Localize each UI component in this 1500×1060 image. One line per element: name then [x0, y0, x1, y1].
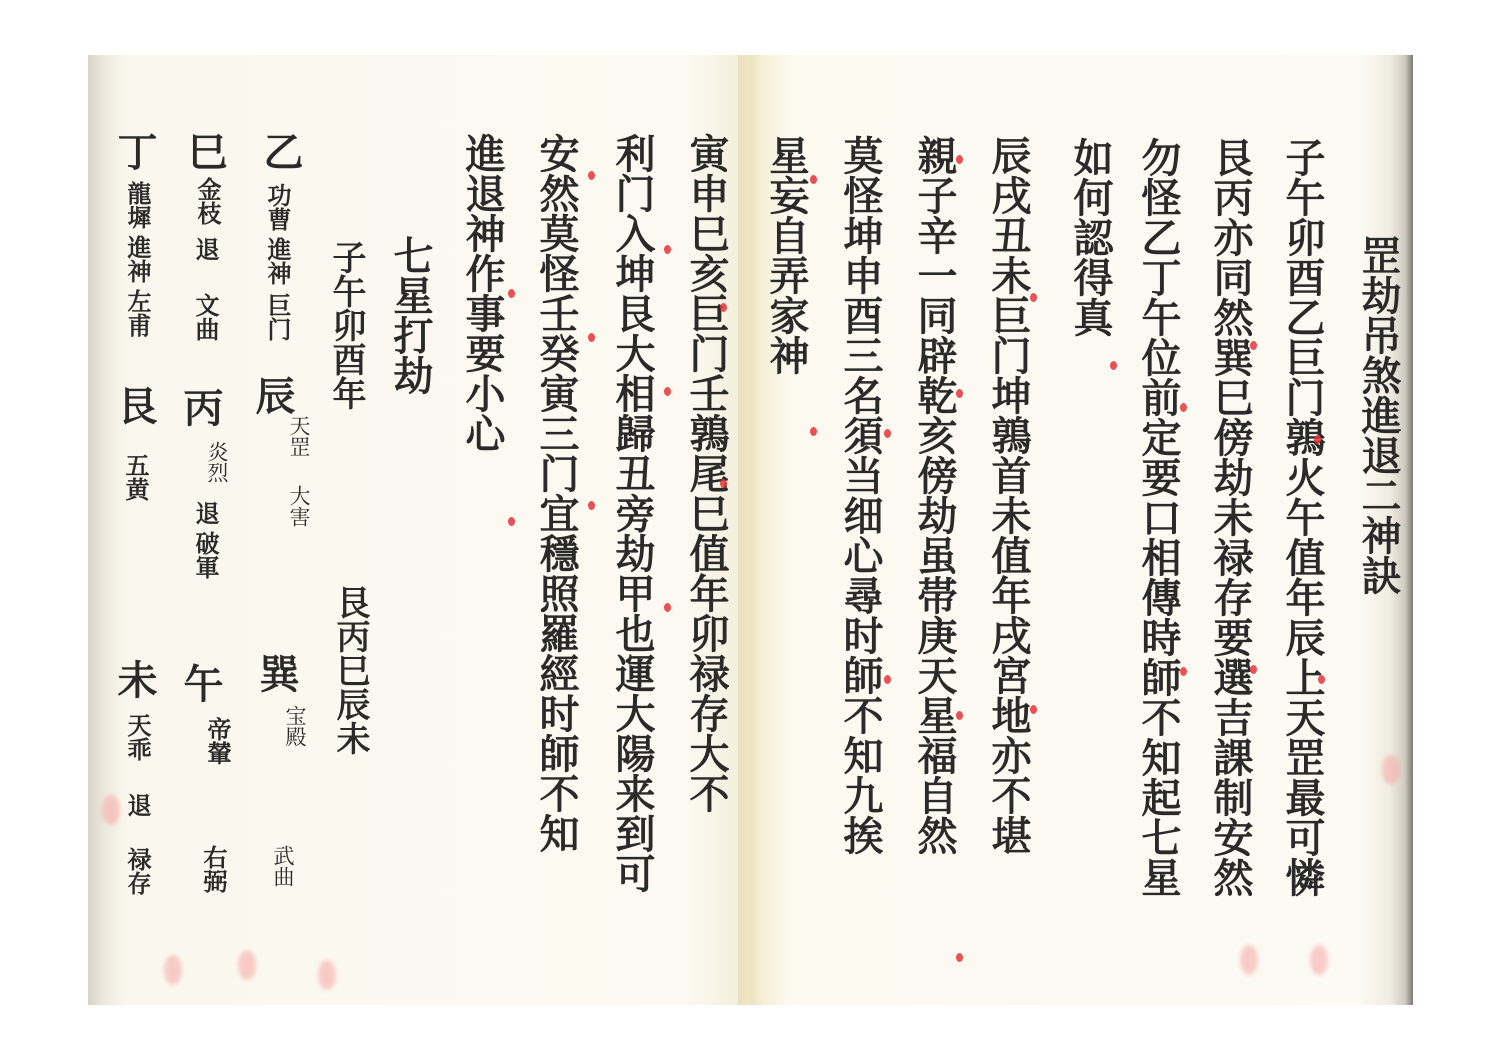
text-column-right-3: 勿怪乙丁午位前定要口相傳時師不知起七星	[1136, 137, 1180, 897]
text-column-right-7: 莫怪坤申酉三名須当细心尋时師不知九挨	[838, 135, 882, 855]
table-main-wu: 午	[178, 663, 222, 703]
table-main-yi: 乙	[258, 131, 302, 171]
right-page: 罡劫吊煞進退二神訣 子午卯酉乙巨门鶉火午值年辰上天罡最可憐 艮丙亦同然巽巳傍劫未…	[750, 55, 1413, 1005]
table-main-chen: 辰	[250, 375, 294, 415]
years-line-1: 子午卯酉年	[326, 240, 366, 410]
red-punctuation-dot	[1314, 435, 1321, 444]
red-punctuation-dot	[956, 711, 963, 720]
red-punctuation-dot	[1030, 293, 1037, 302]
red-smudge	[1382, 755, 1400, 785]
table-note: 退	[192, 237, 218, 261]
red-smudge	[1240, 945, 1258, 975]
red-punctuation-dot	[1250, 665, 1257, 674]
red-punctuation-dot	[1110, 361, 1117, 370]
red-smudge	[238, 950, 256, 980]
years-line-2: 艮丙巳辰未	[330, 585, 370, 755]
section-title: 七星打劫	[388, 235, 432, 395]
red-punctuation-dot	[1250, 341, 1257, 350]
open-manuscript-book: 寅申巳亥巨门壬鶉尾巳值年卯禄存大不 利门入坤艮大相歸丑旁劫甲也運大陽来到可 安然…	[88, 55, 1413, 1005]
table-note: 退	[192, 501, 218, 525]
table-note: 炎烈	[206, 441, 228, 483]
table-main-ding: 丁	[112, 131, 156, 171]
red-punctuation-dot	[664, 603, 671, 612]
table-note: 進神	[264, 237, 290, 285]
table-note: 五黄	[122, 453, 148, 501]
red-punctuation-dot	[884, 675, 891, 684]
text-column-right-6: 親子辛一同辟乾亥傍劫虽帯庚天星福自然	[912, 135, 956, 855]
red-punctuation-dot	[1180, 403, 1187, 412]
table-main-wei: 未	[112, 659, 156, 699]
red-punctuation-dot	[1180, 667, 1187, 676]
table-note: 文曲	[192, 293, 218, 341]
left-page: 寅申巳亥巨门壬鶉尾巳值年卯禄存大不 利门入坤艮大相歸丑旁劫甲也運大陽来到可 安然…	[88, 55, 750, 1005]
text-column-left-2: 利门入坤艮大相歸丑旁劫甲也運大陽来到可	[610, 133, 654, 893]
table-note: 天罡	[288, 415, 310, 457]
red-punctuation-dot	[664, 387, 671, 396]
table-note: 天乖	[124, 713, 150, 761]
table-main-bing: 丙	[178, 387, 222, 427]
red-smudge	[102, 795, 120, 825]
red-punctuation-dot	[810, 175, 817, 184]
red-punctuation-dot	[664, 245, 671, 254]
text-column-right-1: 子午卯酉乙巨门鶉火午值年辰上天罡最可憐	[1280, 137, 1324, 897]
red-punctuation-dot	[810, 427, 817, 436]
red-punctuation-dot	[508, 517, 515, 526]
red-punctuation-dot	[956, 953, 963, 962]
table-note: 進神	[124, 235, 150, 283]
red-punctuation-dot	[508, 289, 515, 298]
red-punctuation-dot	[720, 479, 727, 488]
red-smudge	[1310, 945, 1328, 975]
red-punctuation-dot	[1318, 675, 1325, 684]
table-main-xun: 巽	[254, 653, 298, 693]
table-note: 巨门	[264, 293, 290, 341]
text-column-right-5: 辰戌丑未巨门坤鶉首未值年戌宮地亦不堪	[986, 135, 1030, 855]
red-punctuation-dot	[884, 429, 891, 438]
table-note: 禄存	[124, 847, 150, 895]
text-column-right-8: 星妄自弄家神	[764, 135, 808, 375]
text-column-left-4: 進退神作事要小心	[460, 133, 504, 453]
text-column-left-1: 寅申巳亥巨门壬鶉尾巳值年卯禄存大不	[684, 133, 728, 813]
red-punctuation-dot	[956, 155, 963, 164]
right-page-title: 罡劫吊煞進退二神訣	[1356, 235, 1400, 595]
table-note: 功曹	[264, 183, 290, 231]
table-note: 龍墀	[124, 181, 150, 229]
red-smudge	[318, 960, 336, 990]
red-smudge	[164, 955, 182, 985]
table-note: 左甫	[124, 289, 150, 337]
red-punctuation-dot	[956, 389, 963, 398]
text-column-right-4: 如何認得真	[1068, 137, 1112, 337]
table-main-gen: 艮	[112, 385, 156, 425]
text-column-left-3: 安然莫怪壬癸寅三门宜穩照羅經时師不知	[534, 133, 578, 853]
table-note: 大害	[288, 485, 310, 527]
red-punctuation-dot	[588, 171, 595, 180]
table-note: 金枝	[194, 177, 220, 225]
table-note: 退	[124, 793, 150, 817]
red-punctuation-dot	[1030, 705, 1037, 714]
table-note: 帝輦	[204, 717, 230, 765]
text-column-right-2: 艮丙亦同然巽巳傍劫未禄存要選吉課制安然	[1208, 137, 1252, 897]
table-main-si: 巳	[182, 131, 226, 171]
red-punctuation-dot	[588, 333, 595, 342]
table-note: 武曲	[272, 845, 294, 887]
red-punctuation-dot	[720, 303, 727, 312]
table-note: 破軍	[192, 531, 218, 579]
red-punctuation-dot	[588, 501, 595, 510]
table-note: 宝殿	[284, 705, 306, 747]
table-note: 右弼	[200, 845, 226, 893]
